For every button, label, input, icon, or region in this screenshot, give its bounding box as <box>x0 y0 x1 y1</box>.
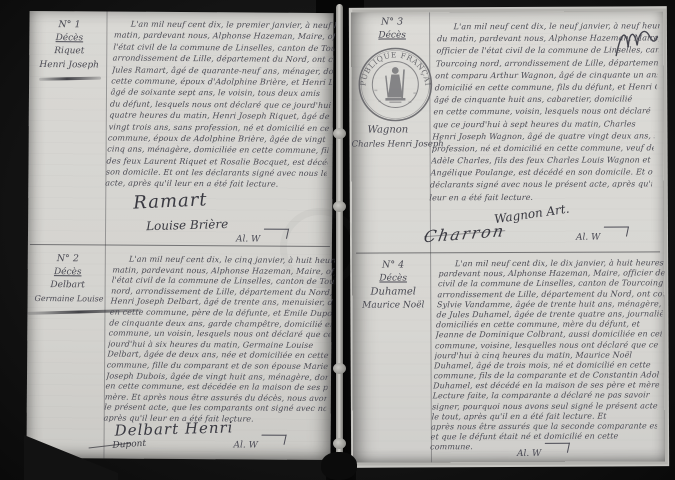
act2-number: N° 2 <box>35 253 101 267</box>
act1-deceased-surname: Riquet <box>36 46 102 60</box>
act1-deceased-firstnames: Henri Joseph <box>36 59 102 73</box>
act4-deceased-surname: Duhamel <box>360 286 426 300</box>
act2-text: L'an mil neuf cent dix, le cinq janvier,… <box>103 255 335 426</box>
scanned-register-photo: N° 1 Décès Riquet Henri Joseph L'an mil … <box>0 0 675 480</box>
handwritten-line: Henri Joseph Wagnon, âgé de quatre vingt… <box>432 131 655 144</box>
handwritten-line: ont comparu Arthur Wagnon, âgé de cinqua… <box>435 70 658 83</box>
handwritten-line: acte, après qu'il leur en a été fait lec… <box>105 179 327 192</box>
binding-knot <box>333 363 346 374</box>
act2-official-paraph: Al. W <box>234 437 286 450</box>
act4-margin-annotation: N° 4 Décès Duhamel Maurice Noël <box>360 259 426 313</box>
act4-deceased-firstnames: Maurice Noël <box>360 300 426 314</box>
act3-margin-annotation: N° 3 Décès <box>359 16 425 43</box>
act4-number: N° 4 <box>360 259 426 273</box>
act1-text: L'an mil neuf cent dix, le premier janvi… <box>105 20 336 192</box>
act3-type: Décès <box>359 30 425 44</box>
act2-margin-annotation: N° 2 Décès Delbart Germaine Louise <box>34 253 100 307</box>
act1-official-paraph: Al. W <box>236 231 288 244</box>
act1-number: N° 1 <box>36 19 102 33</box>
act2-signature-declarant: Delbart Henri <box>114 418 233 439</box>
handwritten-line: officier de l'état civil de la commune d… <box>436 46 659 59</box>
republique-francaise-stamp-icon: RÉPUBLIQUE FRANÇAISE <box>356 45 434 123</box>
act2-deceased-surname: Delbart <box>35 280 101 294</box>
act3-text: L'an mil neuf cent dix, le neuf janvier,… <box>429 21 660 205</box>
handwritten-line: leur en a été fait lecture. <box>429 192 652 205</box>
act3-number: N° 3 <box>359 16 425 30</box>
act2-deceased-firstnames: Germaine Louise <box>34 293 100 307</box>
binding-bottom-knob <box>321 452 357 480</box>
handwritten-line: Adèle Charles, fils des feux Charles Lou… <box>431 155 654 168</box>
act1-type: Décès <box>36 32 102 46</box>
left-page: N° 1 Décès Riquet Henri Joseph L'an mil … <box>26 11 333 460</box>
handwritten-line: du matin, pardevant nous, Alphonse Hazem… <box>437 34 660 47</box>
act3-deceased-firstnames: Charles Henri Joseph <box>352 139 444 149</box>
handwritten-line: que ce jourd'hui à sept heures du matin,… <box>433 119 656 132</box>
handwritten-line: Tourcoing nord, arrondissement de Lille,… <box>436 58 659 71</box>
act1-signature-witness: Louise Brière <box>146 217 229 233</box>
handwritten-line: âgé de cinquante huit ans, cabaretier, d… <box>434 94 657 107</box>
handwritten-line: déclarants signé avec nous le présent ac… <box>430 180 653 193</box>
binding-knot <box>333 128 346 139</box>
act1-signature-declarant: Ramart <box>133 189 208 213</box>
act4-official-paraph: Al. W <box>517 446 569 459</box>
act4-text: L'an mil neuf cent dix, le dix janvier, … <box>430 258 665 453</box>
act2-type: Décès <box>35 266 101 280</box>
handwritten-line: Angélique Poulange, est décédé en son do… <box>430 168 653 181</box>
handwritten-line: L'an mil neuf cent dix, le neuf janvier,… <box>437 21 660 34</box>
binding-knot <box>333 201 346 212</box>
act3-deceased-surname: Wagnon <box>368 124 409 135</box>
handwritten-line: domicilié en cette commune, fils du défu… <box>434 82 657 95</box>
act1-margin-annotation: N° 1 Décès Riquet Henri Joseph <box>36 19 102 73</box>
act3-official-paraph: Al. W <box>576 229 628 242</box>
act4-type: Décès <box>360 273 426 287</box>
handwritten-line: en cette commune, voisin, lesquels nous … <box>433 107 656 120</box>
binding-cord <box>336 4 343 476</box>
binding-knot <box>333 438 346 449</box>
right-page: N° 3 Décès RÉPUBLIQUE FRANÇAISE <box>351 11 665 462</box>
marianne-figure-icon <box>385 67 405 103</box>
handwritten-line: profession, né et domicilié en cette com… <box>431 143 654 156</box>
